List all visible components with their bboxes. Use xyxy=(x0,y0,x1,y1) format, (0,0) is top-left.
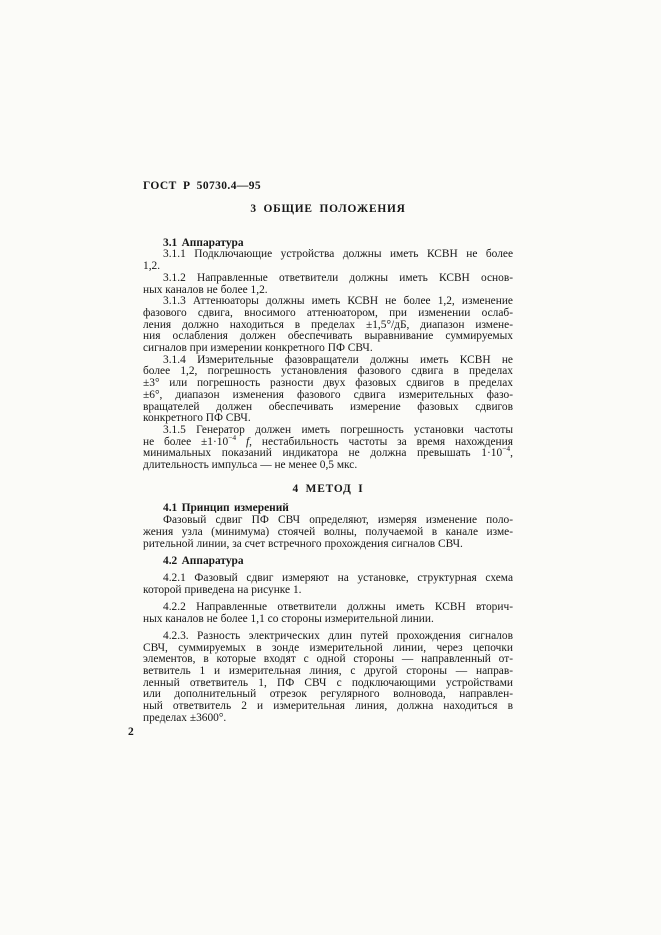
paragraph: Фазовый сдвиг ПФ СВЧ определяют, измеряя… xyxy=(143,515,513,550)
text-run xyxy=(236,436,246,448)
text-line: жения узла (минимума) стоячей волны, пол… xyxy=(143,527,513,539)
text-run: , нестабильность частоты за время нахожд… xyxy=(249,436,513,448)
subheading: 4.2 Аппаратура xyxy=(143,556,513,568)
text-line: сигналов при измерении конкретного ПФ СВ… xyxy=(143,343,513,355)
paragraph: 4.2.3. Разность электрических длин путей… xyxy=(143,631,513,725)
text-line: 4.2.1 Фазовый сдвиг измеряют на установк… xyxy=(143,573,513,585)
text-line: ветвитель 1 и измерительная линия, с дру… xyxy=(143,666,513,678)
text-line: рительной линии, за счет встречного прох… xyxy=(143,539,513,551)
text-run: минимальных показаний индикатора не долж… xyxy=(143,447,502,459)
doc-code-header: ГОСТ Р 50730.4—95 xyxy=(143,180,261,192)
superscript-run: −4 xyxy=(502,445,510,454)
text-line: 3.1.1 Подключающие устройства должны име… xyxy=(143,249,513,261)
text-line: ±6°, диапазон изменения фазового сдвига … xyxy=(143,390,513,402)
document-page: ГОСТ Р 50730.4—95 3 ОБЩИЕ ПОЛОЖЕНИЯ3.1 А… xyxy=(0,0,661,935)
text-run: , xyxy=(510,447,513,459)
paragraph: 3.1.4 Измерительные фазовращатели должны… xyxy=(143,355,513,425)
text-run: не более ±1·10 xyxy=(143,436,228,448)
text-line: длительность импульса — не менее 0,5 мкс… xyxy=(143,460,513,472)
paragraph: 4.2.1 Фазовый сдвиг измеряют на установк… xyxy=(143,573,513,596)
text-line: 3 ОБЩИЕ ПОЛОЖЕНИЯ xyxy=(143,204,513,216)
text-line: пределах ±3600°. xyxy=(143,713,513,725)
section-title: 3 ОБЩИЕ ПОЛОЖЕНИЯ xyxy=(143,204,513,216)
page-number: 2 xyxy=(128,726,134,738)
superscript-run: −4 xyxy=(228,433,236,442)
paragraph: 4.2.2 Направленные ответвители должны им… xyxy=(143,602,513,625)
text-line: 3.1.2 Направленные ответвители должны им… xyxy=(143,273,513,285)
text-line: которой приведена на рисунке 1. xyxy=(143,585,513,597)
paragraph: 3.1.3 Аттенюаторы должны иметь КСВН не б… xyxy=(143,296,513,355)
text-line: ных каналов не более 1,1 со стороны изме… xyxy=(143,614,513,626)
text-line: 4.2 Аппаратура xyxy=(143,556,513,568)
text-line: 4 МЕТОД I xyxy=(143,484,513,496)
text-line: 4.2.3. Разность электрических длин путей… xyxy=(143,631,513,643)
text-line: ный ответвитель 2 и измерительная линия,… xyxy=(143,701,513,713)
paragraph: 3.1.1 Подключающие устройства должны име… xyxy=(143,249,513,272)
content-column: 3 ОБЩИЕ ПОЛОЖЕНИЯ3.1 Аппаратура3.1.1 Под… xyxy=(143,204,513,724)
section-title: 4 МЕТОД I xyxy=(143,484,513,496)
text-line: фазового сдвига, вносимого аттенюатором,… xyxy=(143,308,513,320)
paragraph: 3.1.5 Генератор должен иметь погрешность… xyxy=(143,425,513,472)
paragraph: 3.1.2 Направленные ответвители должны им… xyxy=(143,273,513,296)
